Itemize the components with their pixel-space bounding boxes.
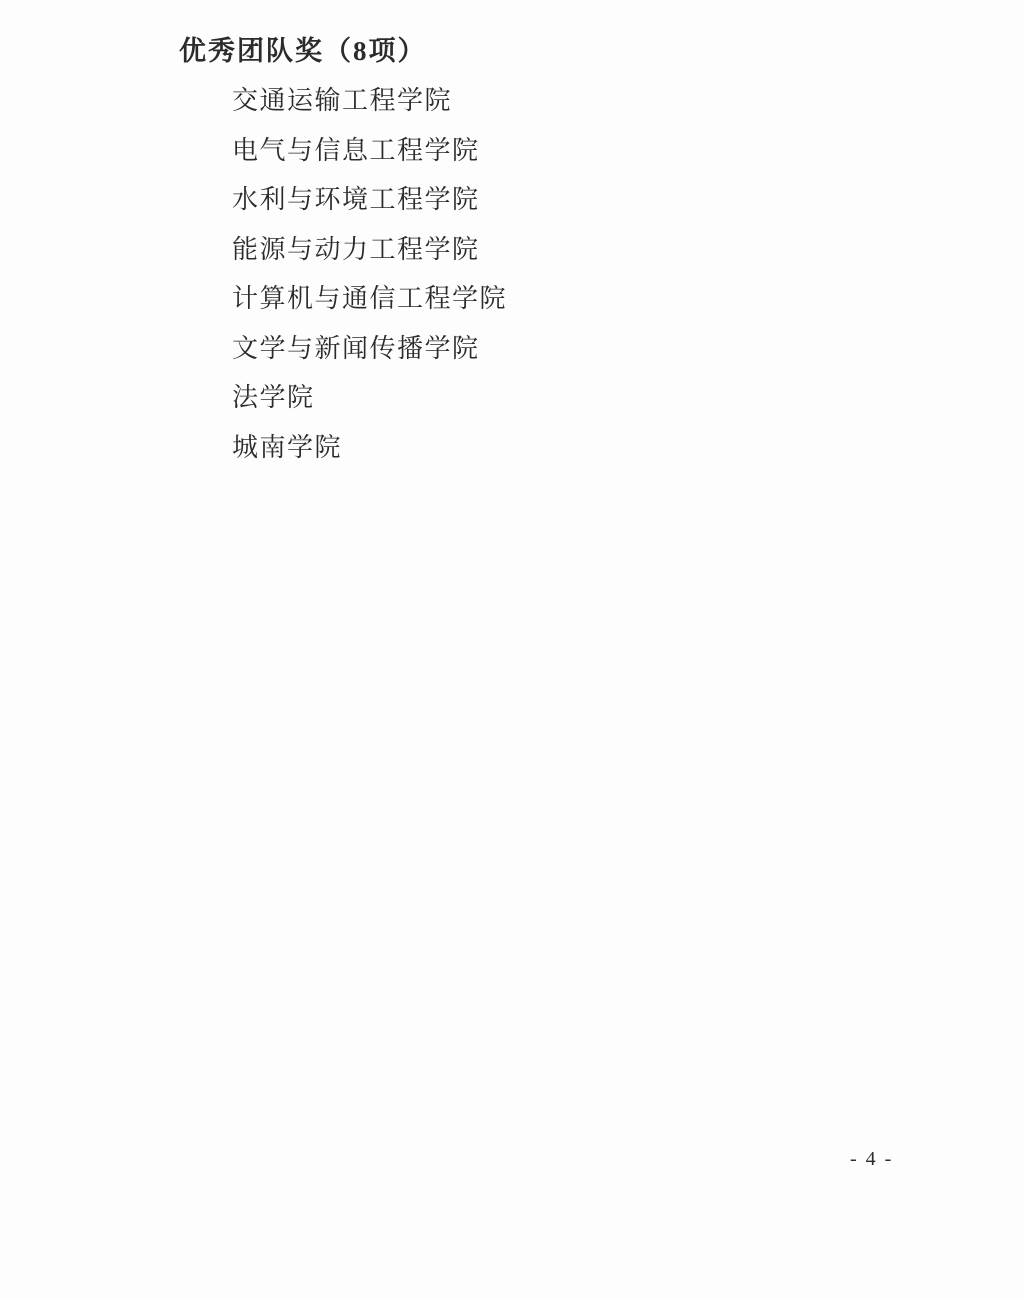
page-number: - 4 - <box>850 1148 893 1171</box>
award-list: 交通运输工程学院电气与信息工程学院水利与环境工程学院能源与动力工程学院计算机与通… <box>232 76 507 472</box>
document-page: 优秀团队奖（8项） 交通运输工程学院电气与信息工程学院水利与环境工程学院能源与动… <box>0 0 1024 1300</box>
list-item: 电气与信息工程学院 <box>232 126 507 176</box>
list-item: 能源与动力工程学院 <box>232 225 507 275</box>
list-item: 水利与环境工程学院 <box>232 175 507 225</box>
list-item: 法学院 <box>232 373 507 423</box>
list-item: 文学与新闻传播学院 <box>232 324 507 374</box>
award-section-heading: 优秀团队奖（8项） <box>179 36 427 66</box>
list-item: 计算机与通信工程学院 <box>232 274 507 324</box>
list-item: 交通运输工程学院 <box>232 76 507 126</box>
list-item: 城南学院 <box>232 423 507 473</box>
